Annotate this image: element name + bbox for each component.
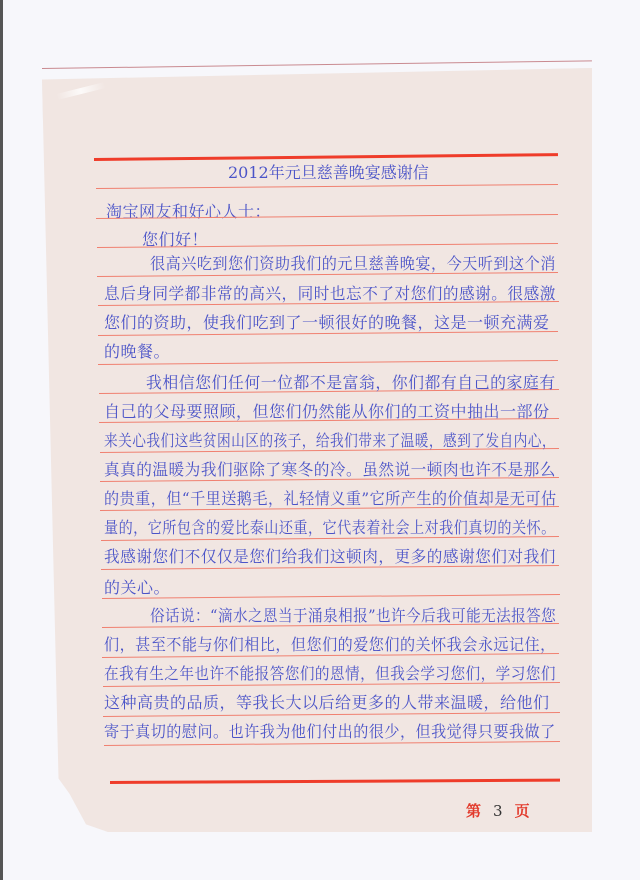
letter-line: 的关心。 [104, 578, 170, 598]
letter-line: 们，甚至不能与你们相比，但您们的爱您们的关怀我会永远记住， [104, 635, 556, 655]
paper-top-edge [42, 60, 592, 69]
letter-line: 很高兴吃到您们资助我们的元旦慈善晚宴，今天听到这个消 [150, 254, 556, 274]
letter-line: 量的，它所包含的爱比泰山还重，它代表着社会上对我们真切的关怀。 [104, 518, 556, 538]
letter-line: 真真的温暖为我们驱除了寒冬的冷。虽然说一顿肉也许不是那么 [104, 460, 556, 480]
letter-line: 俗话说：“滴水之恩当于涌泉相报”也许今后我可能无法报答您 [150, 606, 556, 626]
letter-line: 的晚餐。 [104, 342, 170, 362]
letter-line: 这种高贵的品质，等我长大以后给更多的人带来温暖，给他们 [104, 693, 550, 713]
scanner-edge [0, 0, 3, 880]
letter-line: 自己的父母要照顾，但您们仍然能从你们的工资中抽出一部份 [104, 402, 550, 422]
letter-line: 息后身同学都非常的高兴，同时也忘不了对您们的感谢。很感激 [104, 284, 556, 304]
letter-title: 2012年元旦慈善晚宴感谢信 [228, 160, 429, 183]
letter-line: 我相信您们任何一位都不是富翁，你们都有自己的家庭有 [146, 373, 556, 393]
paper-crease [56, 82, 106, 100]
letter-line: 您们的资助，使我们吃到了一顿很好的晚餐，这是一顿充满爱 [104, 313, 550, 333]
salutation: 淘宝网友和好心人士： [106, 202, 271, 222]
letter-line: 寄于真切的慰问。也许我为他们付出的很少，但我觉得只要我做了 [104, 722, 556, 742]
letter-line: 来关心我们这些贫困山区的孩子，给我们带来了温暖，感到了发自内心， [104, 431, 556, 451]
letter-line: 我感谢您们不仅仅是您们给我们这顿肉，更多的感谢您们对我们 [104, 547, 556, 567]
letter-line: 的贵重，但“千里送鹅毛，礼轻情义重”它所产生的价值却是无可估 [104, 489, 557, 509]
page-number-label: 第3页 [466, 800, 530, 821]
page-suffix: 页 [515, 802, 530, 820]
letter-line: 在我有生之年也许不能报答您们的恩情，但我会学习您们，学习您们 [104, 664, 556, 684]
page-number: 3 [493, 802, 503, 820]
page-prefix: 第 [466, 802, 481, 820]
